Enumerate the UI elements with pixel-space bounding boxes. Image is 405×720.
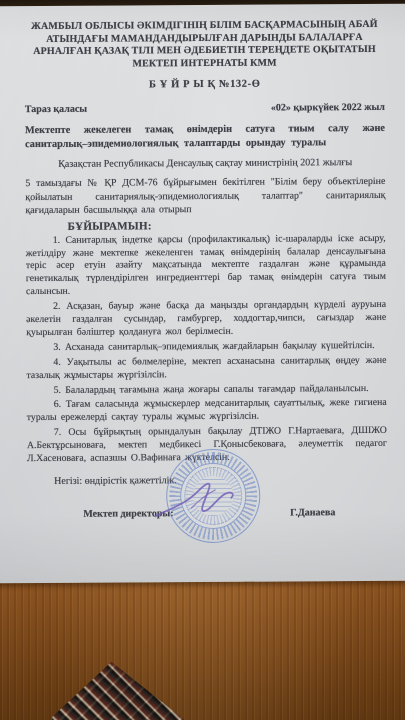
document-content: ЖАМБЫЛ ОБЛЫСЫ ӘКІМДІГІНІҢ БІЛІМ БАСҚАРМА… [0, 4, 405, 584]
legal-basis-intro: Қазақстан Республикасы Денсаулық сақтау … [25, 157, 385, 170]
legal-basis-paragraph: 5 тамыздағы № ҚР ДСМ-76 бұйрығымен бекіт… [25, 175, 385, 217]
order-document-paper: ЖАМБЫЛ ОБЛЫСЫ ӘКІМДІГІНІҢ БІЛІМ БАСҚАРМА… [0, 4, 405, 584]
photo-scene: ЖАМБЫЛ ОБЛЫСЫ ӘКІМДІГІНІҢ БІЛІМ БАСҚАРМА… [0, 0, 405, 720]
resolution-word: БҰЙЫРАМЫН: [26, 218, 386, 232]
order-date: «02» қыркүйек 2022 жыл [271, 102, 385, 114]
order-item-6: 6. Тағам саласында жұмыскерлер медсанита… [27, 397, 387, 425]
knitted-fabric-corner [52, 660, 184, 720]
org-header-line: МЕКТЕП ИНТЕРНАТЫ КММ [25, 57, 385, 72]
order-number: Б Ұ Й Р Ы Қ №132-Ө [25, 78, 385, 91]
organization-header: ЖАМБЫЛ ОБЛЫСЫ ӘКІМДІГІНІҢ БІЛІМ БАСҚАРМА… [24, 19, 384, 72]
order-item-2: 2. Асқазан, бауыр және басқа да маңызды … [26, 299, 386, 340]
order-item-4: 4. Уақытылы ас бөлмелеріне, мектеп асхан… [26, 355, 386, 383]
round-seal-stamp-icon [166, 449, 261, 544]
place-date-row: Тараз қаласы «02» қыркүйек 2022 жыл [25, 102, 385, 115]
order-subject: Мектепте жекелеген тамақ өнімдерін сатуғ… [25, 122, 385, 152]
order-item-5: 5. Балалардың тағамына жаңа жоғары сапал… [27, 382, 387, 397]
org-header-line: АРНАЛҒАН ҚАЗАҚ ТІЛІ МЕН ӘДЕБИЕТІН ТЕРЕҢД… [24, 44, 384, 59]
director-name: Г.Данаева [290, 507, 335, 518]
order-item-3: 3. Асханада санитарлық–эпидемиялық жағда… [26, 340, 386, 355]
director-signature [141, 464, 271, 535]
order-item-1: 1. Санитарлық індетке қарсы (профилактик… [26, 232, 386, 299]
order-city: Тараз қаласы [25, 104, 87, 115]
